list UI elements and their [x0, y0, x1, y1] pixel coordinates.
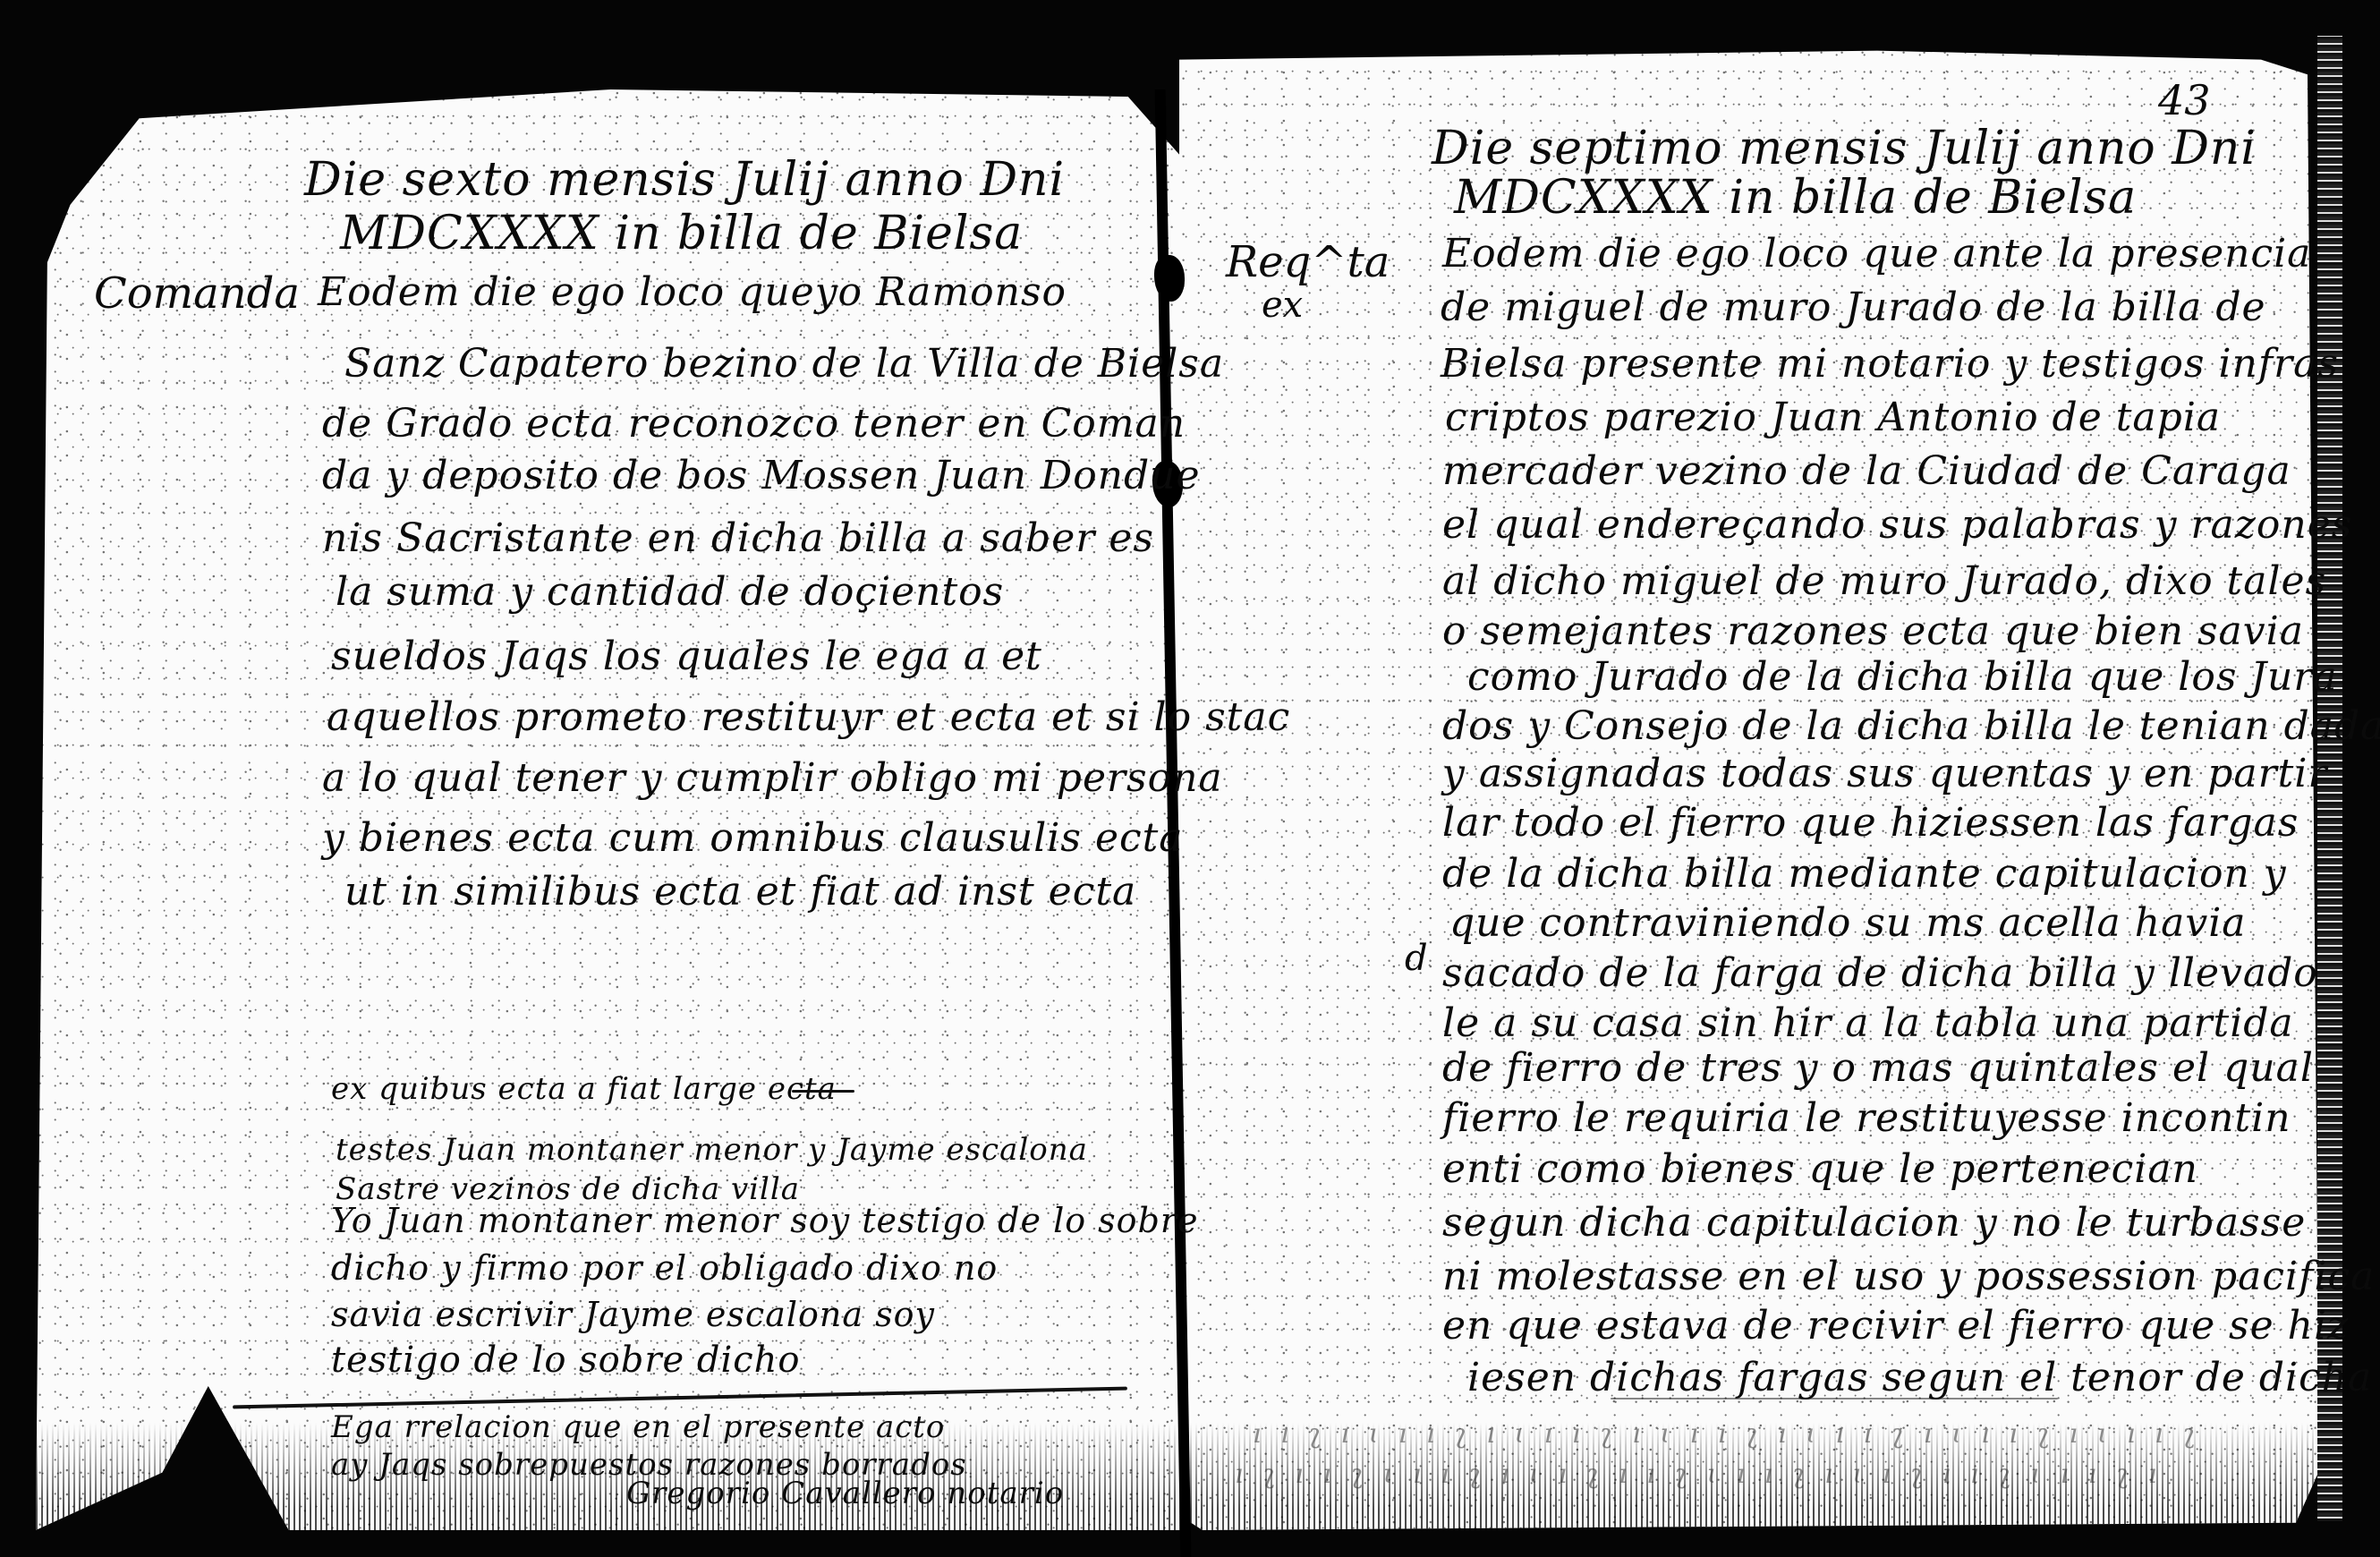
left-body-line: la suma y cantidad de doçientos: [336, 573, 1004, 612]
bleed-through-text: ı ı ʅ ı ɩ ı ı ʅ ı ɩ ı ı ʅ ı ɩ ı ı ʅ ı ɩ …: [1253, 1418, 2201, 1450]
left-heading-line: MDCXXXX in billa de Bielsa: [340, 210, 1023, 257]
left-body-line: ut in similibus ecta et fiat ad inst ect…: [344, 872, 1136, 912]
left-footnote-line: Ega rrelacion que en el presente acto: [331, 1412, 945, 1442]
left-margin-note: Comanda: [94, 268, 300, 319]
right-body-line: ni molestasse en el uso y possession pac…: [1442, 1257, 2375, 1297]
dash-line: [792, 1090, 854, 1093]
folio-number: 43: [2158, 76, 2211, 124]
scan-background: Die sexto mensis Julij anno Dni MDCXXXX …: [0, 0, 2380, 1557]
left-witness-line: Yo Juan montaner menor soy testigo de lo…: [331, 1204, 1199, 1238]
left-witness-line: ex quibus ecta a fiat large ecta: [331, 1074, 837, 1104]
left-heading-line: Die sexto mensis Julij anno Dni: [304, 157, 1065, 203]
left-witness-line: dicho y firmo por el obligado dixo no: [331, 1251, 998, 1285]
right-body-line: Bielsa presente mi notario y testigos in…: [1441, 345, 2339, 384]
right-lower-margin-mark: d: [1405, 938, 1428, 979]
right-body-line: o semejantes razones ecta que bien savia: [1442, 612, 2304, 651]
bleed-through-text: ı ʅ ı ı ʅ ɩ ı ı ʅ ı ɩ ı ʅ ı ı ʅ ɩ ı ı ʅ …: [1235, 1459, 2163, 1490]
left-witness-line: Sastre vezinos de dicha villa: [336, 1174, 800, 1204]
right-body-line: Eodem die ego loco que ante la presencia: [1442, 234, 2311, 274]
right-heading-line: Die septimo mensis Julij anno Dni: [1432, 125, 2257, 172]
right-margin-note: Req^ta: [1226, 237, 1390, 287]
left-body-line: de Grado ecta reconozco tener en Coman: [322, 404, 1186, 444]
binding-stitch: [1154, 255, 1185, 302]
right-body-line: que contraviniendo su ms acella havia: [1449, 904, 2247, 943]
right-body-line: enti como bienes que le pertenecian: [1442, 1150, 2198, 1189]
left-body-line: y bienes ecta cum omnibus clausulis ecta: [322, 819, 1184, 858]
left-body-line: da y deposito de bos Mossen Juan Dondue: [322, 456, 1201, 496]
right-margin-note: ex: [1262, 285, 1303, 326]
right-body-line: al dicho miguel de muro Jurado, dixo tal…: [1442, 562, 2326, 601]
right-body-line: iesen dichas fargas segun el tenor de di…: [1467, 1358, 2372, 1398]
right-body-line: de fierro de tres y o mas quintales el q…: [1442, 1049, 2314, 1088]
left-body-line: Sanz Capatero bezino de la Villa de Biel…: [344, 345, 1224, 384]
left-body-line: aquellos prometo restituyr et ecta et si…: [327, 698, 1290, 737]
right-body-line: de la dicha billa mediante capitulacion …: [1442, 855, 2287, 894]
left-witness-line: testes Juan montaner menor y Jayme escal…: [336, 1135, 1088, 1165]
right-body-line: fierro le requiria le restituyesse incon…: [1442, 1099, 2291, 1138]
right-body-line: sacado de la farga de dicha billa y llev…: [1442, 954, 2318, 993]
right-body-line: dos y Consejo de la dicha billa le tenia…: [1442, 707, 2380, 746]
left-body-line: nis Sacristante en dicha billa a saber e…: [322, 519, 1154, 558]
left-body-line: a lo qual tener y cumplir obligo mi pers…: [322, 759, 1223, 798]
right-body-line: segun dicha capitulacion y no le turbass…: [1442, 1204, 2306, 1243]
right-heading-line: MDCXXXX in billa de Bielsa: [1454, 174, 2137, 221]
left-footnote-signature: Gregorio Cavallero notario: [626, 1478, 1064, 1509]
left-body-line: Eodem die ego loco queyo Ramonso: [318, 273, 1067, 312]
right-body-line: lar todo el fierro que hiziessen las far…: [1442, 804, 2299, 843]
left-witness-line: savia escrivir Jayme escalona soy: [331, 1297, 935, 1332]
right-body-line: el qual endereçando sus palabras y razon…: [1442, 506, 2352, 545]
right-body-line: como Jurado de la dicha billa que los Ju…: [1467, 658, 2338, 697]
right-body-line: y assignadas todas sus quentas y en part…: [1442, 754, 2327, 794]
right-body-line: criptos parezio Juan Antonio de tapia: [1445, 398, 2221, 438]
left-body-line: sueldos Jaqs los quales le ega a et: [331, 637, 1042, 676]
bleed-through-line: [1611, 1398, 2058, 1400]
right-body-line: en que estava de recivir el fierro que s…: [1442, 1306, 2349, 1346]
right-body-line: le a su casa sin hir a la tabla una part…: [1442, 1004, 2294, 1043]
right-body-line: de miguel de muro Jurado de la billa de: [1441, 288, 2266, 328]
left-witness-line: testigo de lo sobre dicho: [331, 1342, 801, 1378]
right-body-line: mercader vezino de la Ciudad de Caraga: [1442, 452, 2291, 491]
